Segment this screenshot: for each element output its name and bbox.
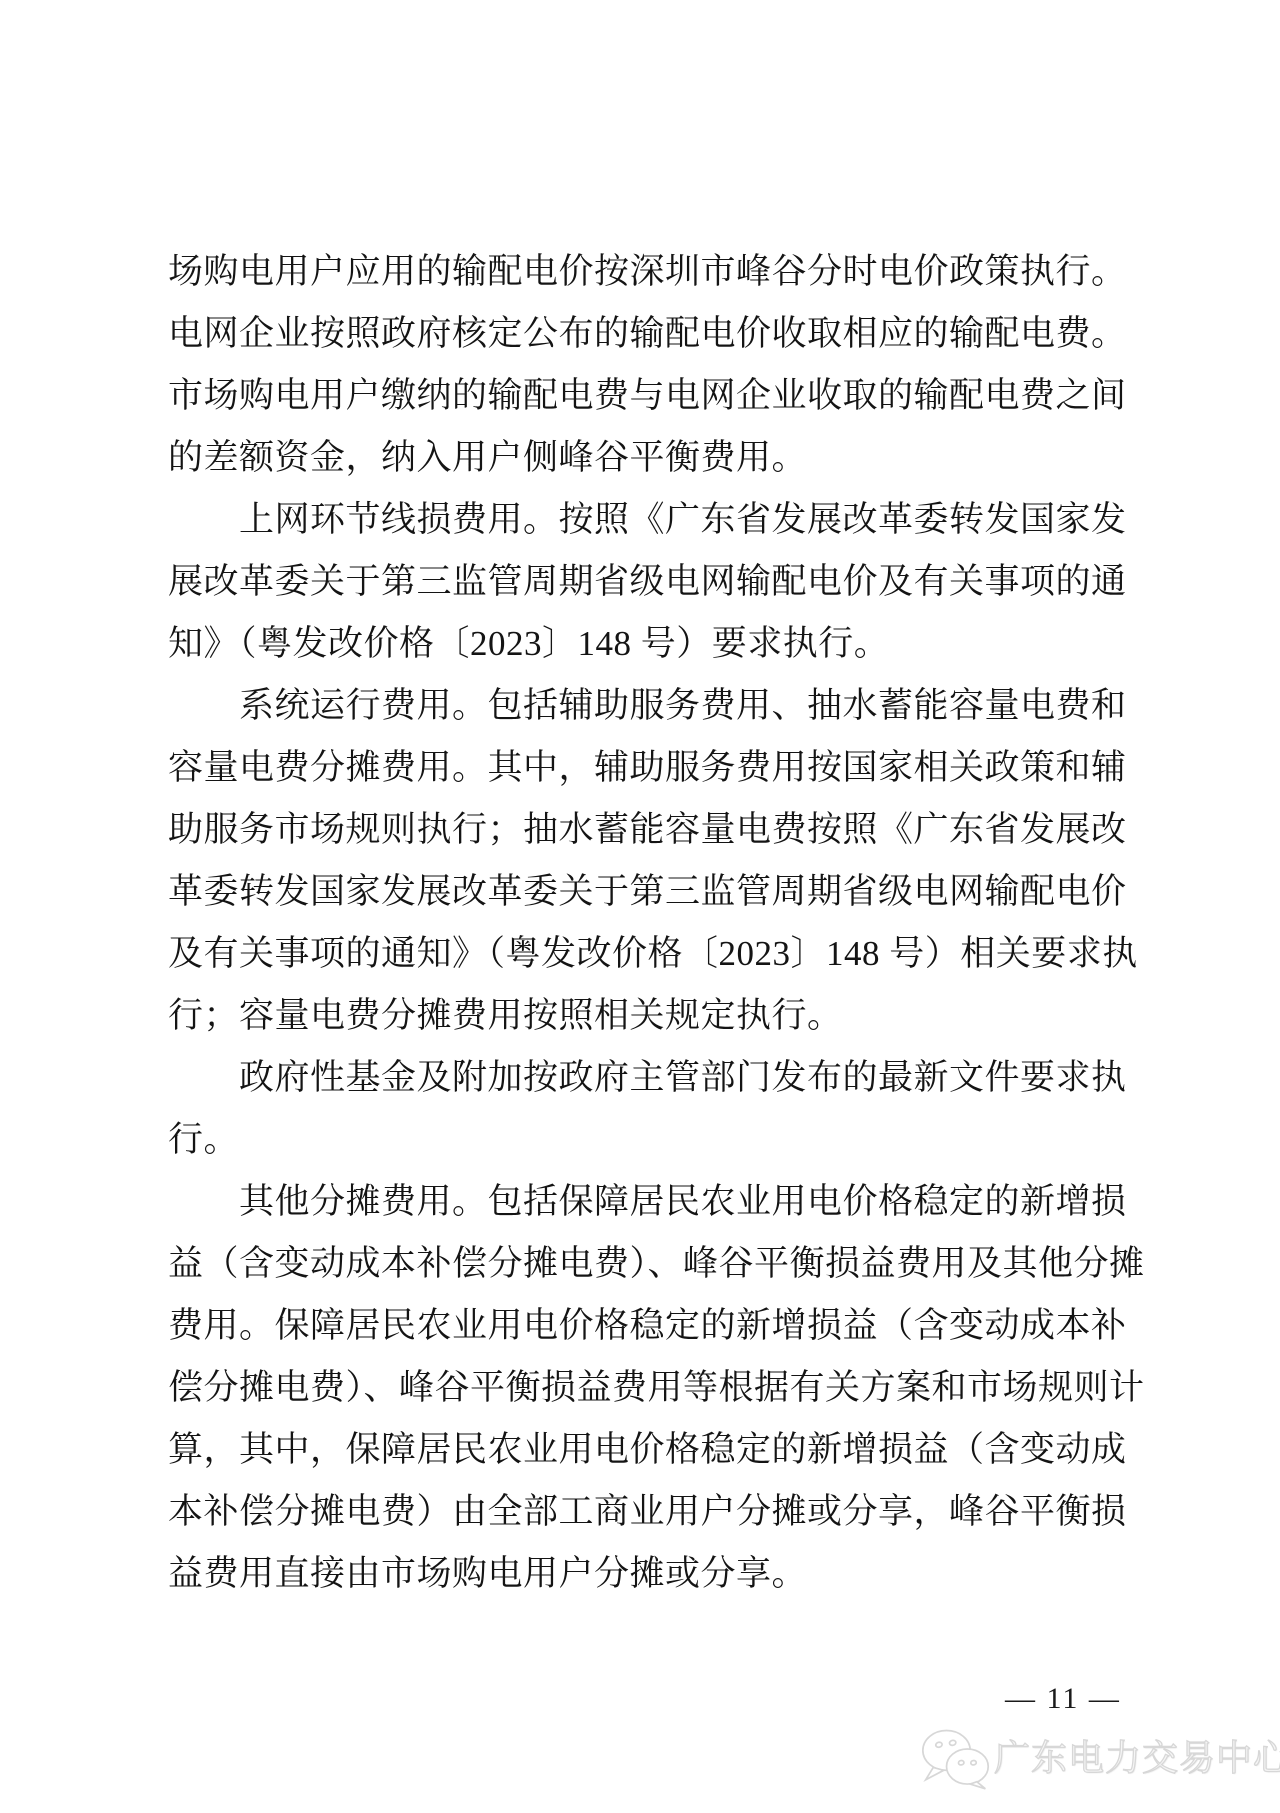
document-body: 场购电用户应用的输配电价按深圳市峰谷分时电价政策执行。 电网企业按照政府核定公布…: [168, 241, 1148, 1605]
text-line: 其他分摊费用。包括保障居民农业用电价格稳定的新增损: [168, 1171, 1148, 1233]
text-line: 系统运行费用。包括辅助服务费用、抽水蓄能容量电费和: [168, 675, 1148, 737]
text-line: 及有关事项的通知》（粤发改价格〔2023〕148 号）相关要求执: [168, 923, 1148, 985]
watermark-text: 广东电力交易中心: [994, 1726, 1280, 1790]
text-line: 革委转发国家发展改革委关于第三监管周期省级电网输配电价: [168, 861, 1148, 923]
text-line: 益（含变动成本补偿分摊电费）、峰谷平衡损益费用及其他分摊: [168, 1233, 1148, 1295]
text-line: 益费用直接由市场购电用户分摊或分享。: [168, 1543, 1148, 1605]
text-line: 费用。保障居民农业用电价格稳定的新增损益（含变动成本补: [168, 1295, 1148, 1357]
text-line: 上网环节线损费用。按照《广东省发展改革委转发国家发: [168, 489, 1148, 551]
wechat-icon: [920, 1726, 992, 1790]
text-line: 本补偿分摊电费）由全部工商业用户分摊或分享，峰谷平衡损: [168, 1481, 1148, 1543]
text-line: 的差额资金，纳入用户侧峰谷平衡费用。: [168, 427, 1148, 489]
text-line: 容量电费分摊费用。其中，辅助服务费用按国家相关政策和辅: [168, 737, 1148, 799]
text-line: 行。: [168, 1109, 1148, 1171]
text-line: 知》（粤发改价格〔2023〕148 号）要求执行。: [168, 613, 1148, 675]
text-line: 助服务市场规则执行；抽水蓄能容量电费按照《广东省发展改: [168, 799, 1148, 861]
text-line: 算，其中，保障居民农业用电价格稳定的新增损益（含变动成: [168, 1419, 1148, 1481]
text-line: 电网企业按照政府核定公布的输配电价收取相应的输配电费。: [168, 303, 1148, 365]
text-line: 行；容量电费分摊费用按照相关规定执行。: [168, 985, 1148, 1047]
text-line: 展改革委关于第三监管周期省级电网输配电价及有关事项的通: [168, 551, 1148, 613]
watermark: 广东电力交易中心: [920, 1726, 1280, 1790]
document-page: 场购电用户应用的输配电价按深圳市峰谷分时电价政策执行。 电网企业按照政府核定公布…: [0, 0, 1280, 1813]
text-line: 政府性基金及附加按政府主管部门发布的最新文件要求执: [168, 1047, 1148, 1109]
text-line: 场购电用户应用的输配电价按深圳市峰谷分时电价政策执行。: [168, 241, 1148, 303]
text-line: 市场购电用户缴纳的输配电费与电网企业收取的输配电费之间: [168, 365, 1148, 427]
text-line: 偿分摊电费）、峰谷平衡损益费用等根据有关方案和市场规则计: [168, 1357, 1148, 1419]
page-number: — 11 —: [1005, 1682, 1121, 1716]
